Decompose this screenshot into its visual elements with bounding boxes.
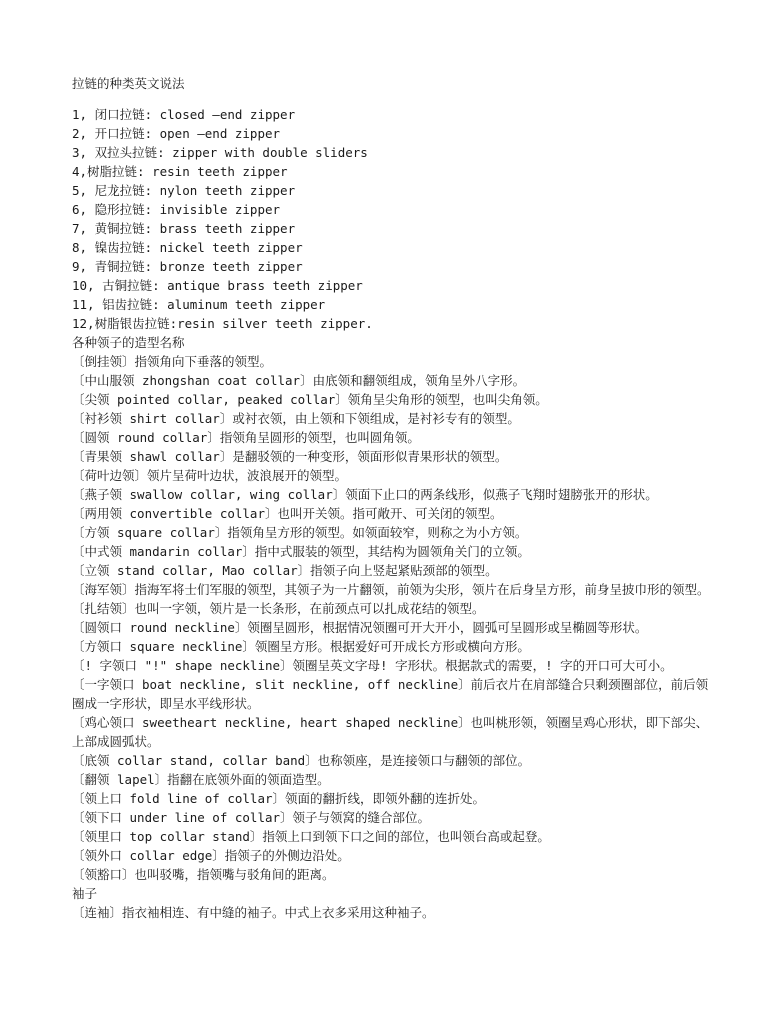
list-item: 〔圆领 round collar〕指领角呈圆形的领型，也叫圆角领。 — [72, 428, 712, 447]
list-item: 2, 开口拉链: open –end zipper — [72, 124, 712, 143]
list-item: 〔尖领 pointed collar, peaked collar〕领角呈尖角形… — [72, 390, 712, 409]
sleeve-list: 〔连袖〕指衣袖相连、有中缝的袖子。中式上衣多采用这种袖子。 — [72, 903, 712, 922]
list-item: 〔方领口 square neckline〕领圈呈方形。根据爱好可开成长方形或横向… — [72, 637, 712, 656]
list-item: 7, 黄铜拉链: brass teeth zipper — [72, 219, 712, 238]
list-item: 〔中山服领 zhongshan coat collar〕由底领和翻领组成，领角呈… — [72, 371, 712, 390]
list-item: 〔扎结领〕也叫一字领，领片是一长条形，在前颈点可以扎成花结的领型。 — [72, 599, 712, 618]
list-item: 〔方领 square collar〕指领角呈方形的领型。如领面较窄，则称之为小方… — [72, 523, 712, 542]
document-title: 拉链的种类英文说法 — [72, 74, 712, 93]
list-item: 〔领里口 top collar stand〕指领上口到领下口之间的部位，也叫领台… — [72, 827, 712, 846]
list-item: 〔倒挂领〕指领角向下垂落的领型。 — [72, 352, 712, 371]
section-heading-sleeves: 袖子 — [72, 884, 712, 903]
collar-list: 〔倒挂领〕指领角向下垂落的领型。 〔中山服领 zhongshan coat co… — [72, 352, 712, 884]
list-item: 〔领豁口〕也叫驳嘴，指领嘴与驳角间的距离。 — [72, 865, 712, 884]
section-heading-collars: 各种领子的造型名称 — [72, 333, 712, 352]
list-item: 5, 尼龙拉链: nylon teeth zipper — [72, 181, 712, 200]
list-item: 11, 铝齿拉链: aluminum teeth zipper — [72, 295, 712, 314]
list-item: 3, 双拉头拉链: zipper with double sliders — [72, 143, 712, 162]
list-item: 〔! 字领口 "!" shape neckline〕领圈呈英文字母! 字形状。根… — [72, 656, 712, 675]
list-item: 〔底领 collar stand, collar band〕也称领座，是连接领口… — [72, 751, 712, 770]
list-item: 9, 青铜拉链: bronze teeth zipper — [72, 257, 712, 276]
list-item: 〔领上口 fold line of collar〕领面的翻折线，即领外翻的连折处… — [72, 789, 712, 808]
list-item: 〔两用领 convertible collar〕也叫开关领。指可敞开、可关闭的领… — [72, 504, 712, 523]
list-item: 〔中式领 mandarin collar〕指中式服装的领型，其结构为圆领角关门的… — [72, 542, 712, 561]
zipper-list: 1, 闭口拉链: closed –end zipper 2, 开口拉链: ope… — [72, 105, 712, 333]
list-item: 〔立领 stand collar, Mao collar〕指领子向上竖起紧贴颈部… — [72, 561, 712, 580]
document-page: 拉链的种类英文说法 1, 闭口拉链: closed –end zipper 2,… — [72, 74, 712, 922]
list-item: 〔荷叶边领〕领片呈荷叶边状，波浪展开的领型。 — [72, 466, 712, 485]
list-item: 8, 镍齿拉链: nickel teeth zipper — [72, 238, 712, 257]
list-item: 〔领外口 collar edge〕指领子的外侧边沿处。 — [72, 846, 712, 865]
list-item: 12,树脂银齿拉链:resin silver teeth zipper. — [72, 314, 712, 333]
list-item: 〔衬衫领 shirt collar〕或衬衣领，由上领和下领组成，是衬衫专有的领型… — [72, 409, 712, 428]
list-item: 4,树脂拉链: resin teeth zipper — [72, 162, 712, 181]
list-item: 〔翻领 lapel〕指翻在底领外面的领面造型。 — [72, 770, 712, 789]
list-item: 10, 古铜拉链: antique brass teeth zipper — [72, 276, 712, 295]
list-item: 〔圆领口 round neckline〕领圈呈圆形，根据情况领圈可开大开小，圆弧… — [72, 618, 712, 637]
list-item: 〔连袖〕指衣袖相连、有中缝的袖子。中式上衣多采用这种袖子。 — [72, 903, 712, 922]
list-item: 〔领下口 under line of collar〕领子与领窝的缝合部位。 — [72, 808, 712, 827]
list-item: 〔青果领 shawl collar〕是翻驳领的一种变形，领面形似青果形状的领型。 — [72, 447, 712, 466]
list-item: 1, 闭口拉链: closed –end zipper — [72, 105, 712, 124]
list-item: 6, 隐形拉链: invisible zipper — [72, 200, 712, 219]
list-item: 〔一字领口 boat neckline, slit neckline, off … — [72, 675, 712, 713]
list-item: 〔鸡心领口 sweetheart neckline, heart shaped … — [72, 713, 712, 751]
list-item: 〔燕子领 swallow collar, wing collar〕领面下止口的两… — [72, 485, 712, 504]
list-item: 〔海军领〕指海军将士们军服的领型，其领子为一片翻领，前领为尖形，领片在后身呈方形… — [72, 580, 712, 599]
